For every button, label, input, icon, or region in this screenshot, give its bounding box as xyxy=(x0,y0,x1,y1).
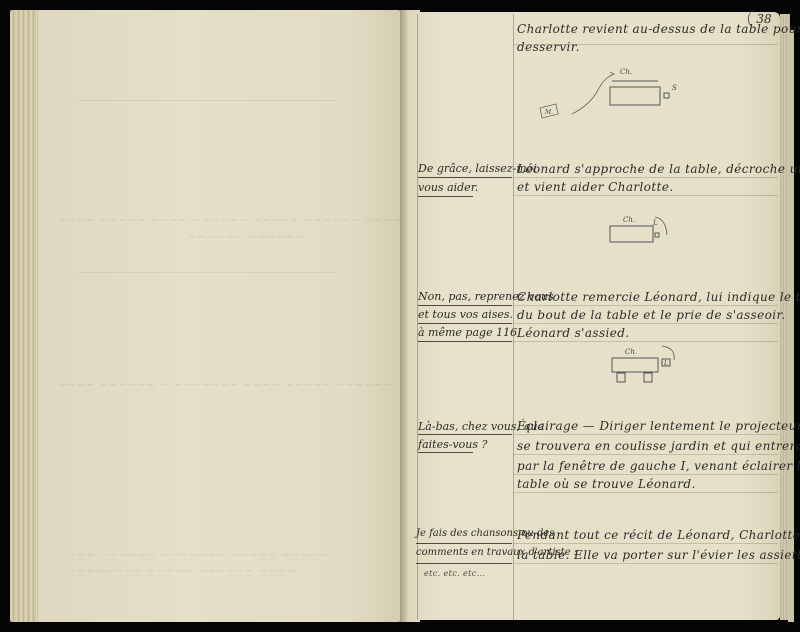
left-page-stack-edges xyxy=(10,10,40,622)
direction-text: desservir. xyxy=(517,40,580,54)
direction-text: Léonard s'assied. xyxy=(517,326,630,340)
cue-underline xyxy=(416,543,512,544)
ruled-line xyxy=(513,563,778,564)
diagram-label: L xyxy=(663,360,668,367)
ruled-line xyxy=(513,323,778,324)
bleed-through-text: ~~~~ ~~~~~~ ~ ~~~~~~~ ~~~~ ~~~~~ ~~~~~~ xyxy=(58,380,393,391)
bleed-through-line xyxy=(78,100,338,101)
cue-text: faites-vous ? xyxy=(418,438,487,451)
bleed-through-text: ~~~~ ~~~~~ ~~~~ ~~~~~~ ~~~~~ ~~~~~~ ~~~~ xyxy=(58,215,402,226)
cue-underline xyxy=(418,452,473,453)
cue-underline xyxy=(418,341,512,342)
ruled-line xyxy=(513,434,778,435)
direction-text: Charlotte remercie Léonard, lui indique … xyxy=(517,290,800,304)
direction-text: Léonard s'approche de la table, décroche… xyxy=(517,162,800,176)
cue-annotation: etc. etc. etc... xyxy=(424,569,486,578)
cue-underline xyxy=(418,434,512,435)
ruled-line xyxy=(513,543,778,544)
diagram-label: M. xyxy=(544,109,553,116)
ruled-line xyxy=(513,454,778,455)
cue-text: à même page 116 xyxy=(418,326,517,339)
left-page: ~~~~ ~~~~~ ~~~~ ~~~~~~ ~~~~~ ~~~~~~ ~~~~… xyxy=(38,10,402,622)
cue-underline xyxy=(418,196,473,197)
ruled-line xyxy=(513,195,778,196)
diagram-label: Ch. xyxy=(620,68,632,76)
diagram-label: L xyxy=(652,219,658,227)
direction-text: se trouvera en coulisse jardin et qui en… xyxy=(517,439,800,453)
cue-underline xyxy=(418,305,512,306)
stage-diagram-1: Ch. S M. xyxy=(530,60,700,130)
cue-text: et tous vos aises. xyxy=(418,308,513,321)
diagram-label: Ch. xyxy=(623,216,635,224)
ruled-line xyxy=(513,177,778,178)
direction-text: Éclairage — Diriger lentement le project… xyxy=(517,419,800,433)
cue-text: vous aider. xyxy=(418,181,478,194)
stage-diagram-3: Ch. L xyxy=(590,340,690,390)
open-notebook: ~~~~ ~~~~~ ~~~~ ~~~~~~ ~~~~~ ~~~~~~ ~~~~… xyxy=(0,0,800,632)
direction-text: par la fenêtre de gauche I, venant éclai… xyxy=(517,459,800,473)
bleed-through-text: ~~~ ~~~~~~ ~~~~~~~ ~~~~~ ~~~~~ xyxy=(68,550,329,561)
ruled-line xyxy=(513,492,778,493)
ruled-line xyxy=(513,305,778,306)
diagram-label: S xyxy=(672,84,677,92)
stage-diagram-2: Ch. L xyxy=(590,205,690,255)
cue-underline xyxy=(418,177,512,178)
direction-text: la table. Elle va porter sur l'évier les… xyxy=(517,548,800,562)
bleed-through-text: ~~~~~~ ~~~~~~ xyxy=(188,232,305,243)
bleed-through-line xyxy=(78,272,338,273)
direction-text: et vient aider Charlotte. xyxy=(517,180,674,194)
direction-text: du bout de la table et le prie de s'asse… xyxy=(517,308,786,322)
diagram-label: Ch. xyxy=(625,348,637,356)
ruled-line xyxy=(513,474,778,475)
cue-underline xyxy=(416,563,512,564)
cue-underline xyxy=(418,323,512,324)
bleed-through-text: ~~~~~~~~ ~~~~~ ~~~~~~ ~~~~ xyxy=(68,566,296,577)
direction-text: Charlotte revient au-dessus de la table … xyxy=(517,22,800,36)
direction-text: table où se trouve Léonard. xyxy=(517,477,696,491)
direction-text: Pendant tout ce récit de Léonard, Charlo… xyxy=(517,528,800,542)
